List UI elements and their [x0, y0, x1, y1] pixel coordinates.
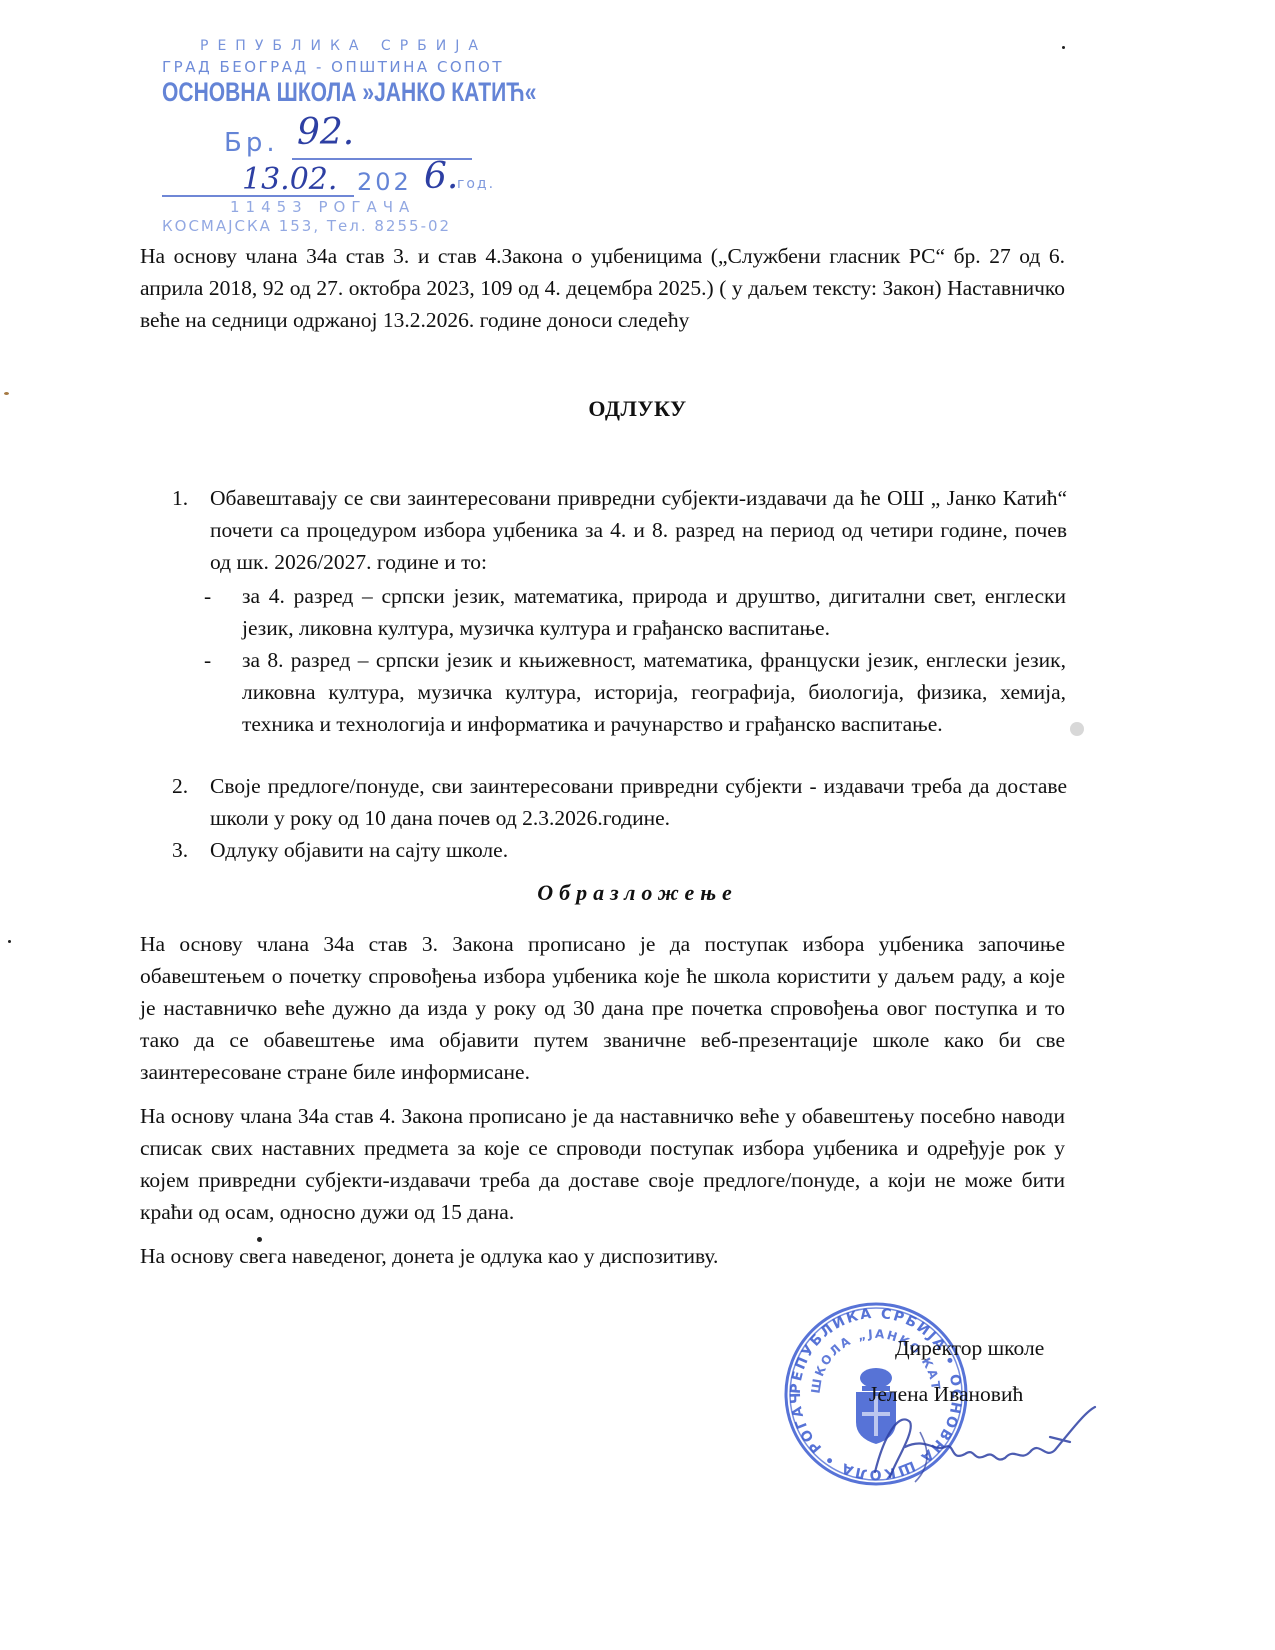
stamp-number-label: Бр. — [224, 128, 279, 158]
decision-subitem: - за 8. разред – српски језик и књижевно… — [204, 644, 1066, 740]
stamp-postal: 11453 РОГАЧА — [230, 198, 415, 216]
stamp-date-underline — [162, 195, 354, 197]
item-text: Своје предлоге/понуде, сви заинтересован… — [210, 770, 1067, 834]
item-number: 1. — [172, 482, 202, 514]
decision-title: ОДЛУКУ — [0, 396, 1275, 422]
item-number: 3. — [172, 834, 202, 866]
signature-role: Директор школе — [895, 1336, 1044, 1361]
subitem-dash: - — [204, 644, 211, 676]
handwritten-signature-icon — [855, 1392, 1105, 1492]
subitem-text: за 4. разред – српски језик, математика,… — [242, 580, 1066, 644]
scan-speck — [257, 1237, 262, 1242]
stamp-address: КОСМАЈСКА 153, Тел. 8255-02 — [162, 217, 451, 235]
stamp-city: ГРАД БЕОГРАД - ОПШТИНА СОПОТ — [162, 58, 504, 76]
explanation-paragraph: На основу члана 34а став 4. Закона пропи… — [140, 1100, 1065, 1228]
decision-item: 1. Обавештавају се сви заинтересовани пр… — [172, 482, 1067, 578]
scan-speck — [1070, 722, 1084, 736]
decision-subitem: - за 4. разред – српски језик, математик… — [204, 580, 1066, 644]
stamp-republic: РЕПУБЛИКА СРБИЈА — [200, 38, 487, 54]
stamp-year-suffix: год. — [457, 176, 495, 192]
stamp-date-value: 13.02. — [242, 162, 337, 197]
item-text: Обавештавају се сви заинтересовани привр… — [210, 482, 1067, 578]
item-number: 2. — [172, 770, 202, 802]
conclusion-paragraph: На основу свега наведеног, донета је одл… — [140, 1240, 1065, 1272]
stamp-year-printed: 202 — [357, 168, 412, 196]
explanation-title: Образложење — [0, 880, 1275, 906]
scan-speck — [8, 940, 11, 943]
intro-paragraph: На основу члана 34а став 3. и став 4.Зак… — [140, 240, 1065, 336]
stamp-number-value: 92. — [297, 112, 354, 153]
explanation-paragraph: На основу члана 34а став 3. Закона пропи… — [140, 928, 1065, 1088]
scan-speck — [1062, 46, 1065, 49]
subitem-text: за 8. разред – српски језик и књижевност… — [242, 644, 1066, 740]
stamp-school: ОСНОВНА ШКОЛА »ЈАНКО КАТИЋ« — [162, 77, 536, 108]
subitem-dash: - — [204, 580, 211, 612]
decision-item: 3. Одлуку објавити на сајту школе. — [172, 834, 1067, 866]
scan-speck — [4, 392, 9, 395]
document-page: РЕПУБЛИКА СРБИЈА ГРАД БЕОГРАД - ОПШТИНА … — [0, 0, 1275, 1650]
decision-item: 2. Своје предлоге/понуде, сви заинтересо… — [172, 770, 1067, 834]
stamp-year-handwritten: 6. — [424, 156, 458, 197]
item-text: Одлуку објавити на сајту школе. — [210, 834, 1067, 866]
